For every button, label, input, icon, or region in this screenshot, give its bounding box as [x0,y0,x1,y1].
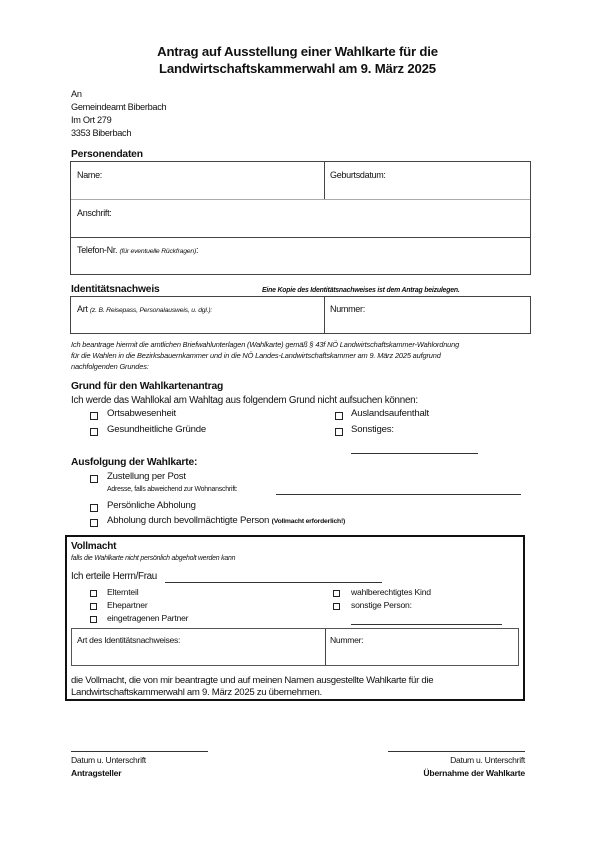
checkbox-zustellung-per-post[interactable] [90,475,98,483]
signature-caption-right: Datum u. Unterschrift [450,755,525,765]
divider [325,629,326,665]
vollmacht-closing-line-2: Landwirtschaftskammerwahl am 9. März 202… [71,687,322,698]
vollmacht-closing-line-1: die Vollmacht, die von mir beantragte un… [71,675,433,686]
statement-line-2: für die Wahlen in die Bezirksbauernkamme… [71,351,441,362]
grund-intro: Ich werde das Wahllokal am Wahltag aus f… [71,395,418,406]
recipient-line-2: Gemeindeamt Biberbach [71,101,166,114]
grund-heading: Grund für den Wahlkartenantrag [71,381,223,392]
checkbox-sonstige-person[interactable] [333,603,340,610]
checkbox-eingetragener-partner[interactable] [90,616,97,623]
option-label: Abholung durch bevollmächtigte Person (V… [107,515,345,526]
checkbox-ehepartner[interactable] [90,603,97,610]
form-title-line-1: Antrag auf Ausstellung einer Wahlkarte f… [0,43,595,60]
recipient-line-1: An [71,88,82,101]
grantee-name-input-line[interactable] [165,582,382,583]
id-type-label: Art [77,304,88,314]
vollmacht-subheading: falls die Wahlkarte nicht persönlich abg… [71,555,235,562]
name-field[interactable]: Name: [77,170,102,180]
identitaet-note: Eine Kopie des Identitätsnachweises ist … [262,287,460,294]
signature-role-right: Übernahme der Wahlkarte [423,768,525,778]
ausfolgung-heading: Ausfolgung der Wahlkarte: [71,457,197,468]
identitaet-heading: Identitätsnachweis [71,284,160,295]
option-label: sonstige Person: [351,600,412,610]
birthdate-field[interactable]: Geburtsdatum: [330,170,386,180]
alt-address-input-line[interactable] [276,494,521,495]
signature-line-applicant[interactable] [71,751,208,752]
checkbox-abholung-bevollmaechtigte[interactable] [90,519,98,527]
option-label: Auslandsaufenthalt [351,408,429,419]
recipient-line-3: Im Ort 279 [71,114,111,127]
signature-line-recipient[interactable] [388,751,525,752]
id-type-hint: (z. B. Reisepass, Personalausweis, u. dg… [90,307,212,314]
checkbox-persoenliche-abholung[interactable] [90,504,98,512]
checkbox-gesundheitliche-gruende[interactable] [90,428,98,436]
option-note: (Vollmacht erforderlich!) [272,518,345,525]
vollmacht-id-table: Art des Identitätsnachweises: Nummer: [71,628,519,666]
option-label: Sonstiges: [351,424,394,435]
vollmacht-id-number-field[interactable]: Nummer: [330,635,363,645]
checkbox-elternteil[interactable] [90,590,97,597]
phone-label: Telefon-Nr. [77,245,117,255]
phone-hint: (für eventuelle Rückfragen) [119,248,196,255]
checkbox-wahlberechtigtes-kind[interactable] [333,590,340,597]
recipient-line-4: 3353 Biberbach [71,127,131,140]
phone-field[interactable]: Telefon-Nr. (für eventuelle Rückfragen): [77,245,198,255]
option-label: Zustellung per Post [107,471,186,482]
option-label: Ortsabwesenheit [107,408,176,419]
id-type-field[interactable]: Art (z. B. Reisepass, Personalausweis, u… [77,304,212,314]
personendaten-table: Name: Geburtsdatum: Anschrift: Telefon-N… [70,161,531,275]
vollmacht-id-type-field[interactable]: Art des Identitätsnachweises: [77,635,180,645]
sonstiges-input-line[interactable] [351,453,478,454]
checkbox-ortsabwesenheit[interactable] [90,412,98,420]
id-number-field[interactable]: Nummer: [330,304,365,314]
form-title-line-2: Landwirtschaftskammerwahl am 9. März 202… [0,60,595,77]
divider [324,162,325,199]
signature-caption-left: Datum u. Unterschrift [71,755,146,765]
vollmacht-heading: Vollmacht [71,541,116,552]
statement-line-3: nachfolgenden Grundes: [71,362,149,373]
identitaet-table: Art (z. B. Reisepass, Personalausweis, u… [70,296,531,334]
option-label: Elternteil [107,587,138,597]
divider [71,199,530,200]
divider [71,237,530,238]
option-label: eingetragenen Partner [107,613,188,623]
option-label: Ehepartner [107,600,148,610]
divider [324,297,325,333]
signature-role-left: Antragsteller [71,768,121,778]
checkbox-sonstiges[interactable] [335,428,343,436]
phone-colon: : [196,245,198,255]
checkbox-auslandsaufenthalt[interactable] [335,412,343,420]
statement-line-1: Ich beantrage hiermit die amtlichen Brie… [71,340,459,351]
option-text: Abholung durch bevollmächtigte Person [107,515,269,526]
alt-address-label: Adresse, falls abweichend zur Wohnanschr… [107,486,238,493]
personendaten-heading: Personendaten [71,149,143,160]
sonstige-person-input-line[interactable] [351,624,502,625]
option-label: Persönliche Abholung [107,500,196,511]
address-field[interactable]: Anschrift: [77,208,112,218]
option-label: wahlberechtigtes Kind [351,587,431,597]
option-label: Gesundheitliche Gründe [107,424,206,435]
grant-label: Ich erteile Herrn/Frau [71,571,157,582]
